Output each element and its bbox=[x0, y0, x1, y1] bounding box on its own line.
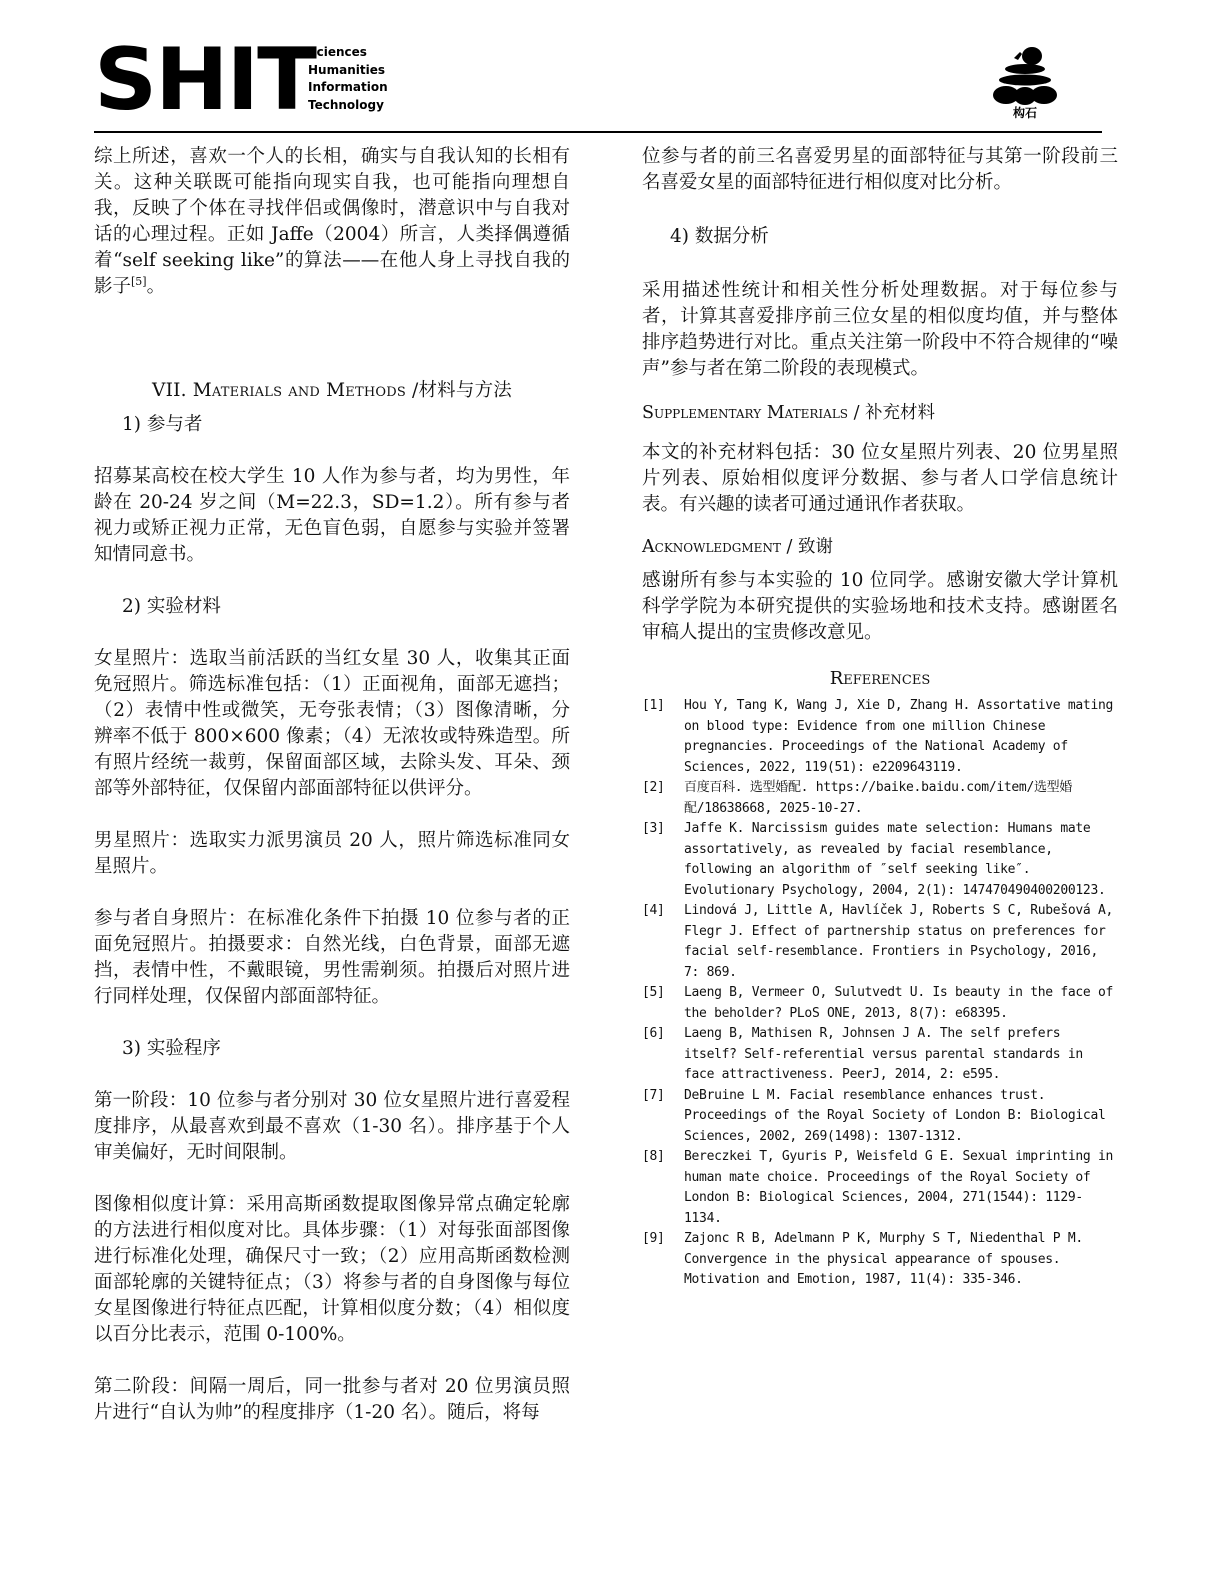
supplementary-paragraph: 本文的补充材料包括：30 位女星照片列表、20 位男星照片列表、原始相似度评分数… bbox=[642, 440, 1118, 518]
shit-logo: SHIT bbox=[94, 40, 315, 120]
reference-text: Lindová J, Little A, Havlíček J, Roberts… bbox=[684, 901, 1118, 983]
reference-text: Zajonc R B, Adelmann P K, Murphy S T, Ni… bbox=[684, 1229, 1118, 1291]
self-photos-paragraph: 参与者自身照片：在标准化条件下拍摄 10 位参与者的正面免冠照片。拍摄要求：自然… bbox=[94, 906, 570, 1010]
acknowledgment-paragraph: 感谢所有参与本实验的 10 位同学。感谢安徽大学计算机科学学院为本研究提供的实验… bbox=[642, 568, 1118, 646]
reference-text: 百度百科. 选型婚配. https://baike.baidu.com/item… bbox=[684, 778, 1118, 819]
reference-number: [6] bbox=[642, 1024, 684, 1086]
right-logo-label: 构石 bbox=[990, 106, 1060, 120]
participants-paragraph: 招募某高校在校大学生 10 人作为参与者，均为男性，年龄在 20-24 岁之间（… bbox=[94, 464, 570, 568]
reference-item: [2]百度百科. 选型婚配. https://baike.baidu.com/i… bbox=[642, 778, 1118, 819]
reference-text: Hou Y, Tang K, Wang J, Xie D, Zhang H. A… bbox=[684, 696, 1118, 778]
reference-item: [3]Jaffe K. Narcissism guides mate selec… bbox=[642, 819, 1118, 901]
logo-subtitle-line: Information bbox=[308, 79, 388, 97]
stone-pile-icon bbox=[992, 44, 1058, 106]
subsection-title-materials: 2) 实验材料 bbox=[94, 594, 570, 620]
phase-two-paragraph: 第二阶段：间隔一周后，同一批参与者对 20 位男演员照片进行“自认为帅”的程度排… bbox=[94, 1374, 570, 1426]
reference-number: [7] bbox=[642, 1086, 684, 1148]
subsection-title-participants: 1) 参与者 bbox=[94, 412, 570, 438]
reference-text: DeBruine L M. Facial resemblance enhance… bbox=[684, 1086, 1118, 1148]
reference-item: [1]Hou Y, Tang K, Wang J, Xie D, Zhang H… bbox=[642, 696, 1118, 778]
phase-one-paragraph: 第一阶段：10 位参与者分别对 30 位女星照片进行喜爱程度排序，从最喜欢到最不… bbox=[94, 1088, 570, 1166]
similarity-paragraph: 图像相似度计算：采用高斯函数提取图像异常点确定轮廓的方法进行相似度对比。具体步骤… bbox=[94, 1192, 570, 1348]
reference-text: Laeng B, Vermeer O, Sulutvedt U. Is beau… bbox=[684, 983, 1118, 1024]
logo-subtitle: Sciences Humanities Information Technolo… bbox=[308, 44, 388, 114]
supplementary-title: Supplementary Materials / 补充材料 bbox=[642, 400, 1118, 426]
citation: [5] bbox=[131, 275, 147, 288]
acknowledgment-title: Acknowledgment / 致谢 bbox=[642, 534, 1118, 560]
analysis-paragraph: 采用描述性统计和相关性分析处理数据。对于每位参与者，计算其喜爱排序前三位女星的相… bbox=[642, 278, 1118, 382]
reference-item: [8]Bereczkei T, Gyuris P, Weisfeld G E. … bbox=[642, 1147, 1118, 1229]
subsection-title-analysis: 4) 数据分析 bbox=[642, 224, 1118, 250]
section-title-materials-methods: VII. Materials and Methods /材料与方法 bbox=[94, 378, 570, 404]
reference-number: [3] bbox=[642, 819, 684, 901]
reference-item: [4]Lindová J, Little A, Havlíček J, Robe… bbox=[642, 901, 1118, 983]
references-list: [1]Hou Y, Tang K, Wang J, Xie D, Zhang H… bbox=[642, 696, 1118, 1291]
reference-text: Bereczkei T, Gyuris P, Weisfeld G E. Sex… bbox=[684, 1147, 1118, 1229]
reference-item: [6]Laeng B, Mathisen R, Johnsen J A. The… bbox=[642, 1024, 1118, 1086]
header-divider bbox=[94, 131, 1102, 133]
continued-paragraph: 位参与者的前三名喜爱男星的面部特征与其第一阶段前三名喜爱女星的面部特征进行相似度… bbox=[642, 144, 1118, 196]
reference-item: [9]Zajonc R B, Adelmann P K, Murphy S T,… bbox=[642, 1229, 1118, 1291]
logo-subtitle-line: Sciences bbox=[308, 44, 388, 62]
intro-end: 。 bbox=[147, 276, 166, 297]
reference-number: [5] bbox=[642, 983, 684, 1024]
reference-number: [4] bbox=[642, 901, 684, 983]
logo-subtitle-line: Humanities bbox=[308, 62, 388, 80]
intro-paragraph: 综上所述，喜欢一个人的长相，确实与自我认知的长相有关。这种关联既可能指向现实自我… bbox=[94, 144, 570, 300]
reference-number: [8] bbox=[642, 1147, 684, 1229]
page-header: SHIT Sciences Humanities Information Tec… bbox=[94, 40, 1102, 132]
female-photos-paragraph: 女星照片：选取当前活跃的当红女星 30 人，收集其正面免冠照片。筛选标准包括：（… bbox=[94, 646, 570, 802]
intro-text: 综上所述，喜欢一个人的长相，确实与自我认知的长相有关。这种关联既可能指向现实自我… bbox=[94, 146, 570, 297]
reference-number: [1] bbox=[642, 696, 684, 778]
male-photos-paragraph: 男星照片：选取实力派男演员 20 人，照片筛选标准同女星照片。 bbox=[94, 828, 570, 880]
logo-subtitle-line: Technology bbox=[308, 97, 388, 115]
left-column: 综上所述，喜欢一个人的长相，确实与自我认知的长相有关。这种关联既可能指向现实自我… bbox=[94, 144, 570, 1426]
right-column: 位参与者的前三名喜爱男星的面部特征与其第一阶段前三名喜爱女星的面部特征进行相似度… bbox=[642, 144, 1118, 1291]
reference-text: Jaffe K. Narcissism guides mate selectio… bbox=[684, 819, 1118, 901]
reference-item: [5]Laeng B, Vermeer O, Sulutvedt U. Is b… bbox=[642, 983, 1118, 1024]
reference-item: [7]DeBruine L M. Facial resemblance enha… bbox=[642, 1086, 1118, 1148]
references-title: References bbox=[642, 666, 1118, 692]
reference-number: [9] bbox=[642, 1229, 684, 1291]
reference-number: [2] bbox=[642, 778, 684, 819]
subsection-title-procedure: 3) 实验程序 bbox=[94, 1036, 570, 1062]
right-logo: 构石 bbox=[990, 44, 1060, 124]
reference-text: Laeng B, Mathisen R, Johnsen J A. The se… bbox=[684, 1024, 1118, 1086]
